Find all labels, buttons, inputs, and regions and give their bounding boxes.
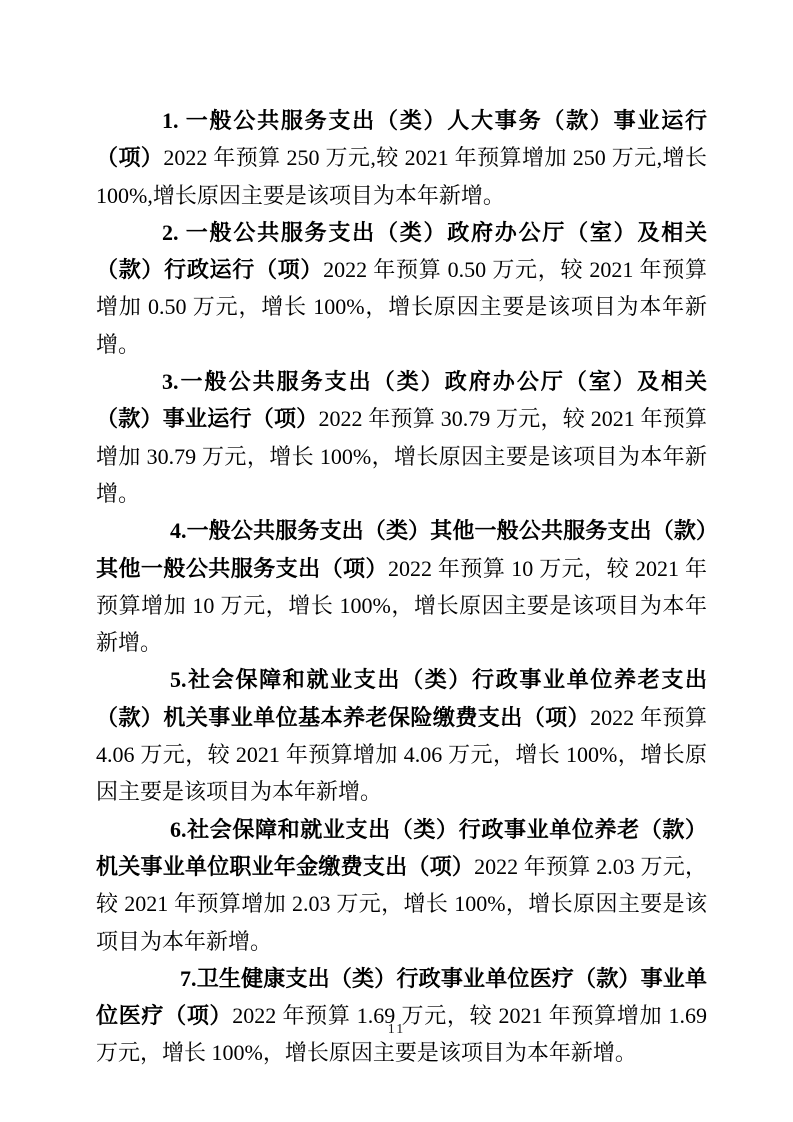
budget-paragraph-6: 6.社会保障和就业支出（类）行政事业单位养老（款）机关事业单位职业年金缴费支出（…	[96, 811, 707, 960]
page-number: 11	[0, 1022, 793, 1038]
budget-paragraph-1: 1. 一般公共服务支出（类）人大事务（款）事业运行（项）2022 年预算 250…	[96, 102, 707, 214]
budget-paragraph-2: 2. 一般公共服务支出（类）政府办公厅（室）及相关（款）行政运行（项）2022 …	[96, 214, 707, 363]
budget-paragraph-7: 7.卫生健康支出（类）行政事业单位医疗（款）事业单位医疗（项）2022 年预算 …	[96, 960, 707, 1072]
budget-paragraph-3: 3.一般公共服务支出（类）政府办公厅（室）及相关（款）事业运行（项）2022 年…	[96, 363, 707, 512]
document-body: 1. 一般公共服务支出（类）人大事务（款）事业运行（项）2022 年预算 250…	[96, 102, 707, 1072]
budget-paragraph-4: 4.一般公共服务支出（类）其他一般公共服务支出（款）其他一般公共服务支出（项）2…	[96, 512, 707, 661]
document-page: 1. 一般公共服务支出（类）人大事务（款）事业运行（项）2022 年预算 250…	[0, 0, 793, 1122]
paragraph-body: 2022 年预算 250 万元,较 2021 年预算增加 250 万元,增长 1…	[96, 145, 707, 207]
budget-paragraph-5: 5.社会保障和就业支出（类）行政事业单位养老支出（款）机关事业单位基本养老保险缴…	[96, 661, 707, 810]
